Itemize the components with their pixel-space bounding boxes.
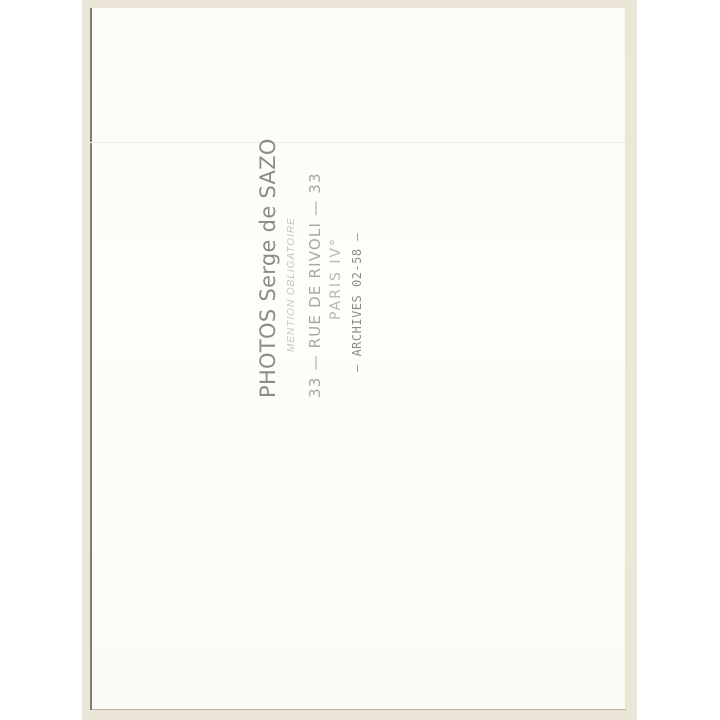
- paper-crease-line: [90, 142, 626, 143]
- stamp-photographer-name: PHOTOS Serge de SAZO: [256, 138, 280, 398]
- stamp-city: PARIS IV°: [328, 237, 344, 320]
- stamp-archive-number: — ARCHIVES 02-58 —: [350, 233, 364, 372]
- stamp-address: 33 — RUE DE RIVOLI — 33: [306, 172, 324, 398]
- stamp-mention-obligatoire: MENTION OBLIGATOIRE: [286, 217, 297, 352]
